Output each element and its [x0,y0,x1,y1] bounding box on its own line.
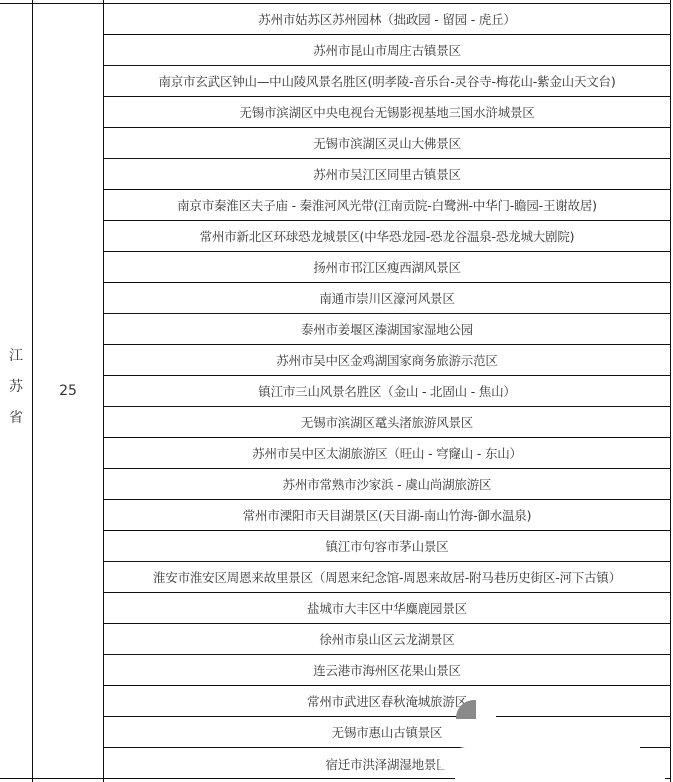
table-row: 无锡市滨湖区鼋头渚旅游风景区 [104,407,670,438]
table-row: 南京市秦淮区夫子庙 - 秦淮河风光带(江南贡院-白鹭洲-中华门-瞻园-王谢故居) [104,190,670,221]
table-row: 苏州市姑苏区苏州园林（拙政园 - 留园 - 虎丘） [104,4,670,35]
table-row: 连云港市海州区花果山景区 [104,655,670,686]
table-row: 南通市崇川区濠河风景区 [104,283,670,314]
scenic-area-list: 苏州市姑苏区苏州园林（拙政园 - 留园 - 虎丘） 苏州市昆山市周庄古镇景区 南… [104,4,670,779]
province-char: 省 [9,403,23,434]
province-label: 江 苏 省 [9,341,23,434]
table-row: 苏州市吴中区太湖旅游区（旺山 - 穹窿山 - 东山） [104,438,670,469]
table-row: 南京市玄武区钟山—中山陵风景名胜区(明孝陵-音乐台-灵谷寺-梅花山-紫金山天文台… [104,66,670,97]
scenic-area-table: 江 苏 省 25 苏州市姑苏区苏州园林（拙政园 - 留园 - 虎丘） 苏州市昆山… [0,0,673,782]
table-row: 常州市溧阳市天目湖景区(天目湖-南山竹海-御水温泉) [104,500,670,531]
table-row: 泰州市姜堰区溱湖国家湿地公园 [104,314,670,345]
province-char: 苏 [9,372,23,403]
watermark-overlay [476,706,496,720]
watermark-overlay [455,776,665,782]
table-row: 常州市武进区春秋淹城旅游区 [104,686,670,717]
province-char: 江 [9,341,23,372]
table-row: 镇江市句容市茅山景区 [104,531,670,562]
count-cell: 25 [33,3,103,778]
table-row: 淮安市淮安区周恩来故里景区（周恩来纪念馆-周恩来故居-附马巷历史街区-河下古镇） [104,562,670,593]
table-right-border [670,0,671,782]
table-row: 盐城市大丰区中华麋鹿园景区 [104,593,670,624]
table-row: 苏州市常熟市沙家浜 - 虞山尚湖旅游区 [104,469,670,500]
table-row: 镇江市三山风景名胜区（金山 - 北固山 - 焦山） [104,376,670,407]
table-row: 扬州市邗江区瘦西湖风景区 [104,252,670,283]
table-row: 苏州市吴江区同里古镇景区 [104,159,670,190]
province-cell: 江 苏 省 [0,3,32,778]
table-row: 无锡市滨湖区灵山大佛景区 [104,128,670,159]
watermark-overlay [440,743,640,779]
table-row: 徐州市泉山区云龙湖景区 [104,624,670,655]
table-row: 苏州市昆山市周庄古镇景区 [104,35,670,66]
table-row: 苏州市吴中区金鸡湖国家商务旅游示范区 [104,345,670,376]
table-row: 常州市新北区环球恐龙城景区(中华恐龙园-恐龙谷温泉-恐龙城大剧院) [104,221,670,252]
table-row: 无锡市滨湖区中央电视台无锡影视基地三国水浒城景区 [104,97,670,128]
